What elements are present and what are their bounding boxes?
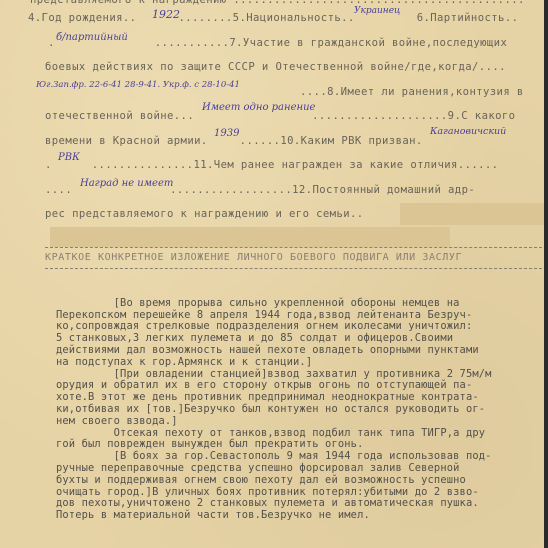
handwritten-rvk: РВК <box>58 152 80 163</box>
redacted-block <box>50 227 450 247</box>
redacted-address <box>400 203 544 225</box>
label-party: 6.Партийность.. <box>417 12 519 24</box>
divider-top <box>45 247 542 248</box>
handwritten-army-year: 1939 <box>214 128 239 139</box>
narrative-line: [Во время прорыва сильно укрепленной обо… <box>56 298 534 310</box>
label-nationality: ........5.Национальность.. <box>178 12 354 24</box>
handwritten-birth-year: 1922 <box>152 8 180 21</box>
section-heading: КРАТКОЕ КОНКРЕТНОЕ ИЗЛОЖЕНИЕ ЛИЧНОГО БОЕ… <box>45 252 462 263</box>
label-birth-year: 4.Год рождения.. <box>28 12 136 24</box>
narrative-text: [Во время прорыва сильно укрепленной обо… <box>56 286 534 534</box>
narrative-line: действиями дал возможность нашей пехоте … <box>56 345 534 357</box>
dot: . <box>48 37 55 49</box>
handwritten-awards: Наград не имеет <box>80 178 173 189</box>
handwritten-nationality: Украинец <box>354 6 400 16</box>
label-army: времени в Красной армии. <box>45 135 208 147</box>
narrative-line: ки,отбивая их [тов.]Безручко был контуже… <box>56 404 534 416</box>
narrative-line: нем своего взвода.] <box>56 416 534 428</box>
handwritten-fronts: Юг.Зап.фр. 22-6-41 28-9-41. Укр.ф. с 28-… <box>36 80 240 90</box>
dots: .... <box>45 184 72 196</box>
label-rvk: ......10.Каким РВК призван. <box>240 135 423 147</box>
handwritten-rvk-name: Кагановичский <box>430 126 506 137</box>
label-war: отечественной войне... <box>45 110 194 122</box>
dot: . <box>45 159 52 171</box>
narrative-line: ручные переправочные средства успешно фо… <box>56 463 534 475</box>
narrative-line: Потерь в материальной части тов.Безручко… <box>56 510 534 522</box>
form-line-wounds: ....8.Имеет ли ранения,контузия в <box>300 86 524 98</box>
scan-edge <box>544 0 548 548</box>
label-since: ....................9.С какого <box>312 110 515 122</box>
handwritten-wounds: Имеет одно ранение <box>202 102 315 113</box>
form-line-birth-year: 4.Год рождения..........5.Национальность… <box>28 12 518 24</box>
narrative-line: бухты и поддерживая огнем свою пехоту да… <box>56 475 534 487</box>
label-awards: ...............11.Чем ранее награжден за… <box>92 159 499 171</box>
form-line-combat: боевых действиях по защите СССР и Отечес… <box>45 61 506 73</box>
form-line-awards: ................11.Чем ранее награжден з… <box>45 159 498 171</box>
narrative-line: на подступах к гор.Армянск и к станции.] <box>56 357 534 369</box>
form-line-family: рес представляемого к награждению и его … <box>45 208 364 220</box>
handwritten-party: б/партийный <box>56 32 128 43</box>
divider-bottom <box>45 268 542 269</box>
label-address: ..................12.Постоянный домашний… <box>170 184 475 196</box>
label-civil-war: ...........7.Участие в гражданской войне… <box>155 37 507 49</box>
top-fragment-line: представляемого к награждению ..........… <box>30 0 525 6</box>
